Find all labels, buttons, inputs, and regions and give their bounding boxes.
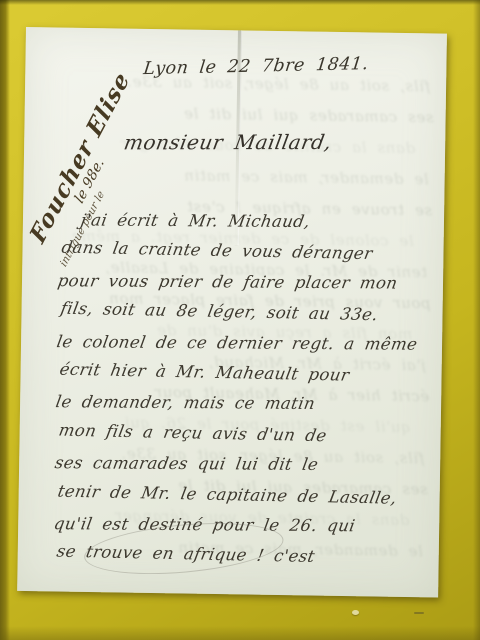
photo-left-shadow <box>0 0 10 640</box>
photo-bottom-shadow <box>0 626 480 640</box>
letter-line: ses camarades qui lui dit le <box>52 448 440 481</box>
photo-top-shadow <box>0 0 480 5</box>
photo-background: fils, soit au 8e léger, soit au 33e.ses … <box>0 0 480 640</box>
pencil-dash <box>414 612 424 614</box>
paper-speck <box>352 610 359 615</box>
letter-paper: fils, soit au 8e léger, soit au 33e.ses … <box>17 27 447 598</box>
photo-right-shadow <box>473 0 480 640</box>
letter-line: fils, soit au 8e léger, soit au 33e. <box>58 294 442 332</box>
letter-dateline: Lyon le 22 7bre 1841. <box>142 54 369 79</box>
letter-salutation: monsieur Maillard, <box>122 130 334 154</box>
letter-line: dans la crainte de vous déranger <box>59 233 443 271</box>
letter-body: j'ai écrit à Mr. Michaud,dans la crainte… <box>53 204 441 575</box>
